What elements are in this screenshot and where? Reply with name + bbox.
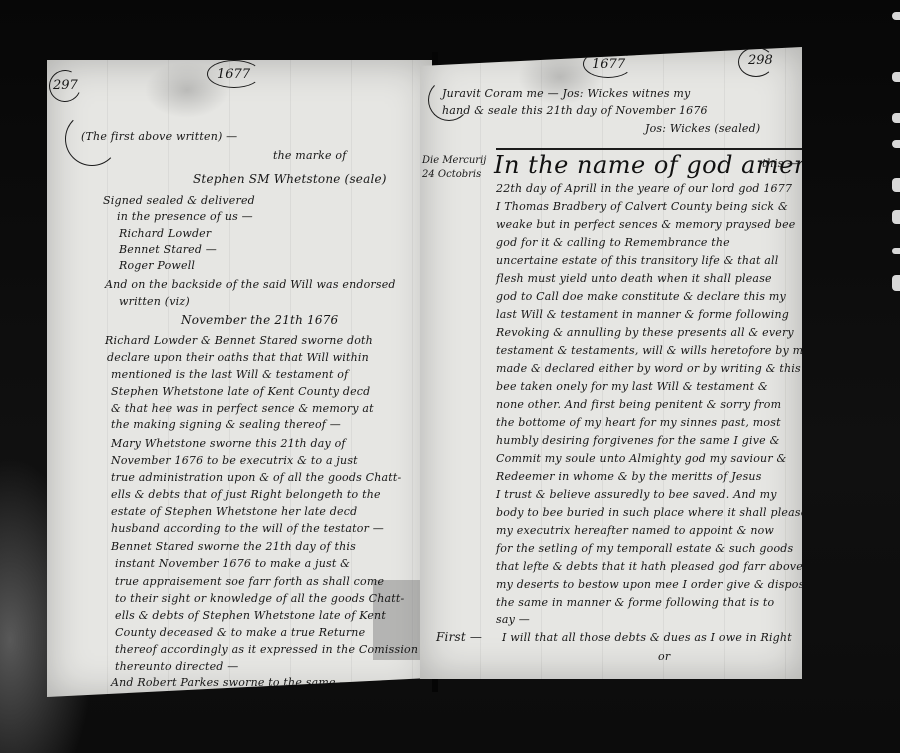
text-line: flesh must yield unto death when it shal… [496, 272, 772, 285]
film-sprocket-hole [892, 210, 900, 224]
film-sprocket-hole [892, 178, 900, 192]
text-line: instant November 1676 to make a just & [115, 557, 350, 570]
film-sprocket-hole [892, 140, 900, 148]
text-line: true administration upon & of all the go… [111, 471, 401, 484]
item-label: First — [436, 630, 482, 644]
text-line: November the 21th 1676 [181, 313, 338, 327]
text-line: my executrix hereafter named to appoint … [496, 524, 774, 537]
text-line: declare upon their oaths that that Will … [107, 351, 369, 364]
text-line: humbly desiring forgivenes for the same … [496, 434, 780, 447]
text-line: the same in manner & forme following tha… [496, 596, 774, 609]
jurat-line: Jos: Wickes (sealed) [645, 122, 760, 135]
year-bracket [207, 60, 261, 88]
text-line: body to bee buried in such place where i… [496, 506, 802, 519]
page-number-bracket [738, 47, 774, 77]
text-line: written (viz) [119, 295, 190, 308]
page-number-bracket [47, 65, 86, 106]
text-line: ells & debts of Stephen Whetstone late o… [115, 609, 386, 622]
margin-date-note: 24 Octobris [422, 169, 481, 180]
text-line: the bottome of my heart for my sinnes pa… [496, 416, 781, 429]
text-line: husband according to the will of the tes… [111, 522, 384, 535]
text-line: I trust & believe assuredly to bee saved… [496, 488, 777, 501]
text-line: 22th day of Aprill in the yeare of our l… [496, 182, 792, 195]
text-line: Bennet Stared — [119, 243, 217, 256]
film-sprocket-hole [892, 248, 900, 254]
text-line: Stephen Whetstone late of Kent County de… [111, 385, 370, 398]
text-line: November 1676 to be executrix & to a jus… [111, 454, 358, 467]
text-line: testament & testaments, will & wills her… [496, 344, 802, 357]
text-line: ells & debts that of just Right belonget… [111, 488, 381, 501]
jurat-line: hand & seale this 21th day of November 1… [442, 104, 708, 117]
film-sprocket-hole [892, 113, 900, 123]
text-line: for the setling of my temporall estate &… [496, 542, 793, 555]
text-line: Commit my soule unto Almighty god my sav… [496, 452, 786, 465]
will-heading: In the name of god amen. [494, 151, 802, 179]
text-line: Signed sealed & delivered [103, 194, 255, 207]
text-line: in the presence of us — [117, 210, 253, 223]
text-line: Bennet Stared sworne the 21th day of thi… [111, 540, 356, 553]
text-line: bee taken onely for my last Will & testa… [496, 380, 768, 393]
right-page: 1677 298 Juravit Coram me — Jos: Wickes … [420, 47, 802, 679]
jurat-line: Juravit Coram me — Jos: Wickes witnes my [442, 87, 690, 100]
text-line: Roger Powell [119, 259, 195, 272]
text-line: Redeemer in whome & by the meritts of Je… [496, 470, 762, 483]
film-sprocket-hole [892, 72, 900, 82]
text-line: estate of Stephen Whetstone her late dec… [111, 505, 357, 518]
text-line: god for it & calling to Remembrance the [496, 236, 730, 249]
text-line: made & declared either by word or by wri… [496, 362, 802, 375]
text-line: the marke of [273, 149, 347, 162]
text-line: Richard Lowder [119, 227, 211, 240]
film-sprocket-hole [892, 12, 900, 20]
text-line: County deceased & to make a true Returne [115, 626, 365, 639]
text-line: (The first above written) — [81, 130, 237, 143]
text-line: last Will & testament in manner & forme … [496, 308, 789, 321]
left-page: 297 1677 (The first above written) — the… [47, 60, 432, 697]
margin-date-note: Die Mercurij [422, 155, 486, 166]
text-line: Mary Whetstone sworne this 21th day of [111, 437, 346, 450]
text-line: say — [496, 613, 530, 626]
text-line: true appraisement soe farr forth as shal… [115, 575, 384, 588]
text-line: Stephen SM Whetstone (seale) [193, 172, 387, 186]
text-line: thereunto directed — [115, 660, 238, 673]
text-line: my deserts to bestow upon mee I order gi… [496, 578, 802, 591]
text-line: uncertaine estate of this transitory lif… [496, 254, 778, 267]
text-line: mentioned is the last Will & testament o… [111, 368, 348, 381]
text-line: thereof accordingly as it expressed in t… [115, 643, 418, 656]
item-text: I will that all those debts & dues as I … [502, 631, 792, 644]
text-line: god to Call doe make constitute & declar… [496, 290, 786, 303]
text-line: this — [762, 157, 798, 170]
text-line: I Thomas Bradbery of Calvert County bein… [496, 200, 788, 213]
text-line: Richard Lowder & Bennet Stared sworne do… [105, 334, 373, 347]
text-line: Revoking & annulling by these presents a… [496, 326, 794, 339]
text-line: & that hee was in perfect sence & memory… [111, 402, 374, 415]
text-line: that lefte & debts that it hath pleased … [496, 560, 802, 573]
text-line: weake but in perfect sences & memory pra… [496, 218, 796, 231]
text-line: the making signing & sealing thereof — [111, 418, 341, 431]
text-line: none other. And first being penitent & s… [496, 398, 781, 411]
catchword: or [658, 650, 670, 663]
film-sprocket-hole [892, 275, 900, 291]
section-divider [496, 148, 802, 150]
text-line: to their sight or knowledge of all the g… [115, 592, 404, 605]
text-line: And on the backside of the said Will was… [105, 278, 396, 291]
